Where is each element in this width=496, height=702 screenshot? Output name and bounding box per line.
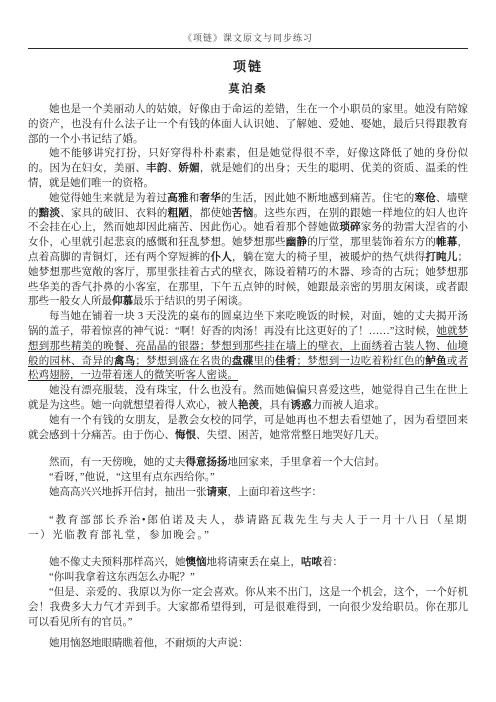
text-run: 的厅堂，那里装饰着东方的 <box>307 237 436 248</box>
paragraph: 她不能够讲究打扮，只好穿得朴朴素素，但是她觉得很不幸，好像这降低了她的身份似的。… <box>28 147 468 191</box>
text-run: 、 <box>168 163 179 174</box>
bold-term: 艳羡 <box>238 400 259 411</box>
bold-term: 寒伧 <box>415 193 437 204</box>
text-run: 、家具的破旧、衣料的 <box>60 208 167 219</box>
bold-term: 请柬 <box>207 487 228 498</box>
bold-term: 仆人 <box>211 252 232 263</box>
text-run: 、失望、困苦，她常常整日地哭好几天。 <box>196 430 385 441</box>
text-run: ，上面印着这些字： <box>228 487 323 498</box>
text-run: 她不像丈夫预料那样高兴，她 <box>49 557 186 568</box>
paragraph: “但是、亲爱的、我原以为你一定会喜欢。你从来不出门，这是一个机会，这个，一个好机… <box>28 586 468 630</box>
bold-term: 悔恨 <box>175 430 196 441</box>
text-run: 她觉得她生来就是为着过 <box>49 193 167 204</box>
text-run: 地回家来，手里拿着一个大信封。 <box>228 457 386 468</box>
text-run: “你叫我拿着这东西怎么办呢？” <box>49 572 195 583</box>
text-run: “教育部部长乔治•郎伯诺及夫人，恭请路瓦栽先生与夫人于一月十八日（星期一）光临教… <box>28 515 468 541</box>
text-run: ，都使她 <box>189 208 232 219</box>
paragraph: 她用恼怒地眼睛瞧着他，不耐烦的大声说： <box>28 637 468 652</box>
bold-term: 娇媚 <box>178 163 199 174</box>
bold-term: 苦恼 <box>232 208 253 219</box>
paragraph: 她不像丈夫预料那样高兴，她懊恼地将请柬丢在桌上，咕哝着： <box>28 556 468 571</box>
paragraph: 她有一个有钱的女朋友，是教会女校的同学，可是她再也不想去看望她了，因为看望回来就… <box>28 414 468 444</box>
text-run: 她高高兴兴地拆开信封，抽出一张 <box>49 487 207 498</box>
bold-term: 粗陋 <box>168 208 189 219</box>
bold-term: 丰韵 <box>146 163 167 174</box>
paragraph: “看呀，”他说，“这里有点东西给你。” <box>28 471 468 486</box>
bold-term: 得意扬扬 <box>186 457 228 468</box>
bold-term-underlined: 盘碟 <box>232 356 253 367</box>
bold-term: 仰慕 <box>112 296 133 307</box>
text-run: 每当她在铺着一块 3 天没洗的桌布的圆桌边坐下来吃晚饭的时候，对面，她的丈夫揭开… <box>28 311 468 337</box>
bold-term: 帷幕 <box>436 237 457 248</box>
text-run: 和 <box>189 193 200 204</box>
bold-term-underlined: 鲈鱼 <box>425 356 446 367</box>
page-header: 《项链》课文原文与同步练习 <box>28 33 468 44</box>
text-run: 然而，有一天傍晚，她的丈夫 <box>49 457 186 468</box>
paragraph: 她高高兴兴地拆开信封，抽出一张请柬，上面印着这些字： <box>28 486 468 501</box>
text-run: 力而被人追求。 <box>312 400 386 411</box>
paragraph: 她也是一个美丽动人的姑娘，好像由于命运的差错，生在一个小职员的家里。她没有陪嫁的… <box>28 103 468 147</box>
paragraph: 她没有漂亮服装，没有珠宝，什么也没有。然而她偏偏只喜爱这些，她觉得自己生在世上就… <box>28 384 468 414</box>
story-title: 项链 <box>28 56 468 75</box>
bold-term: 高雅 <box>167 193 189 204</box>
document-page: 《项链》课文原文与同步练习 项链 莫泊桑 她也是一个美丽动人的姑娘，好像由于命运… <box>0 0 496 702</box>
text-run: 她用恼怒地眼睛瞧着他，不耐烦的大声说： <box>49 638 249 649</box>
text-run: 最乐于结识的男子闲谈。 <box>133 296 249 307</box>
bold-term: 诱惑 <box>291 400 312 411</box>
bold-term: 咕哝 <box>301 557 322 568</box>
underlined-passage: 里的 <box>254 356 275 367</box>
paragraph: “你叫我拿着这东西怎么办呢？” <box>28 571 468 586</box>
paragraph: 她觉得她生来就是为着过高雅和奢华的生活，因此她不断地感到痛苦。住宅的寒伧、墙壁的… <box>28 192 468 310</box>
paragraph: 然而，有一天傍晚，她的丈夫得意扬扬地回家来，手里拿着一个大信封。 <box>28 456 468 471</box>
text-run: 地将请柬丢在桌上， <box>207 557 302 568</box>
story-author: 莫泊桑 <box>28 80 468 96</box>
document-body: 她也是一个美丽动人的姑娘，好像由于命运的差错，生在一个小职员的家里。她没有陪嫁的… <box>28 103 468 652</box>
bold-term: 懊恼 <box>186 557 207 568</box>
text-run: ，躺在宽大的椅子里，被暖炉的热气烘得 <box>232 252 425 263</box>
text-run: “看呀，”他说，“这里有点东西给你。” <box>49 472 215 483</box>
paragraph: 每当她在铺着一块 3 天没洗的桌布的圆桌边坐下来吃晚饭的时候，对面，她的丈夫揭开… <box>28 310 468 384</box>
bold-term: 黯淡 <box>39 208 60 219</box>
text-run: ，具有 <box>259 400 291 411</box>
bold-term: 幽静 <box>286 237 307 248</box>
underlined-passage: ；梦想到一边吃着粉红色的 <box>296 356 425 367</box>
text-run: 着： <box>322 557 343 568</box>
bold-term: 琐碎 <box>339 222 360 233</box>
bold-term-underlined: 禽鸟 <box>114 356 135 367</box>
invitation-paragraph: “教育部部长乔治•郎伯诺及夫人，恭请路瓦栽先生与夫人于一月十八日（星期一）光临教… <box>28 514 468 544</box>
text-run: 她也是一个美丽动人的姑娘，好像由于命运的差错，生在一个小职员的家里。她没有陪嫁的… <box>28 104 468 145</box>
bold-term-underlined: 佳肴 <box>275 356 296 367</box>
header-divider <box>28 48 468 49</box>
text-run: “但是、亲爱的、我原以为你一定会喜欢。你从来不出门，这是一个机会，这个，一个好机… <box>28 587 468 628</box>
bold-term: 奢华 <box>200 193 222 204</box>
underlined-passage: ；梦想到盛在名贵的 <box>135 356 232 367</box>
text-run: 的生活，因此她不断地感到痛苦。住宅的 <box>221 193 415 204</box>
bold-term: 打盹儿 <box>425 252 457 263</box>
